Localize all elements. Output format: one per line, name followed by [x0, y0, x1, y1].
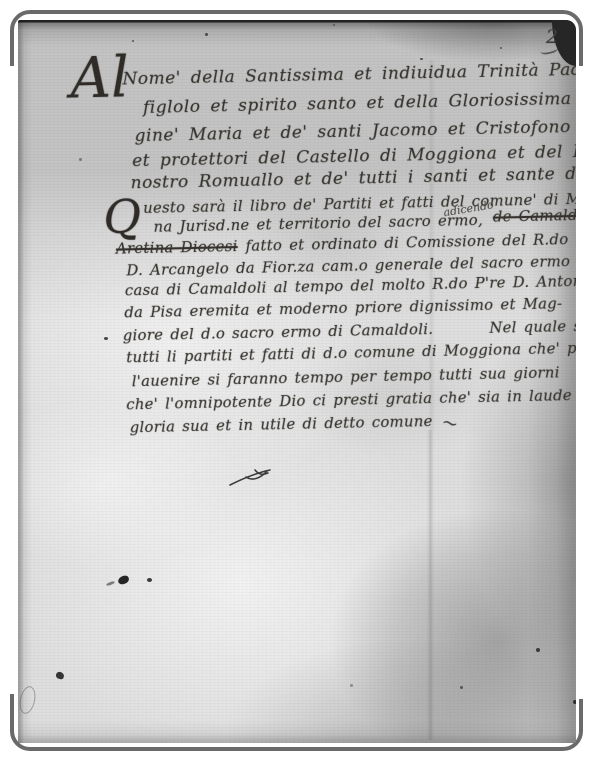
handwritten-text-block: Al Nome' della Santissima et indiuidua T…: [18, 20, 576, 743]
illuminated-initial-q: Q: [103, 189, 142, 244]
manuscript-line: gloria sua et in utile di detto comune: [130, 413, 433, 436]
manuscript-line: figlolo et spirito santo et della Glorio…: [143, 86, 576, 118]
frame-gap-right: [577, 66, 589, 699]
frame-gap-left: [4, 66, 17, 694]
end-of-text-mark: ~: [439, 409, 461, 436]
manuscript-line: l'auenire si faranno tempo per tempo tut…: [132, 364, 560, 390]
line-text: fatto et ordinato di Comissione del R.do…: [245, 230, 576, 255]
manuscript-line: giore del d.o sacro ermo di Camaldoli. N…: [123, 316, 576, 344]
manuscript-line: Nome' della Santissima et indiuidua Trin…: [122, 59, 576, 89]
manuscript-scan-page: 2 Al Nome' della Santissima et indiuidua…: [0, 0, 590, 760]
illuminated-initial-al: Al: [70, 45, 130, 111]
struck-text: de Camaldoli: [493, 207, 576, 226]
manuscript-line: da Pisa eremita et moderno priore dignis…: [124, 295, 562, 321]
manuscript-line: tutti li partiti et fatti di d.o comune …: [126, 340, 576, 367]
manuscript-line: gine' Maria et de' santi Jacomo et Crist…: [134, 115, 576, 146]
struck-text: Aretina Diocesi: [116, 238, 238, 258]
manuscript-paper: 2 Al Nome' della Santissima et indiuidua…: [18, 20, 576, 743]
manuscript-line: che' l'omnipotente Dio ci presti gratia …: [126, 387, 576, 414]
pen-flourish-icon: [228, 466, 274, 494]
